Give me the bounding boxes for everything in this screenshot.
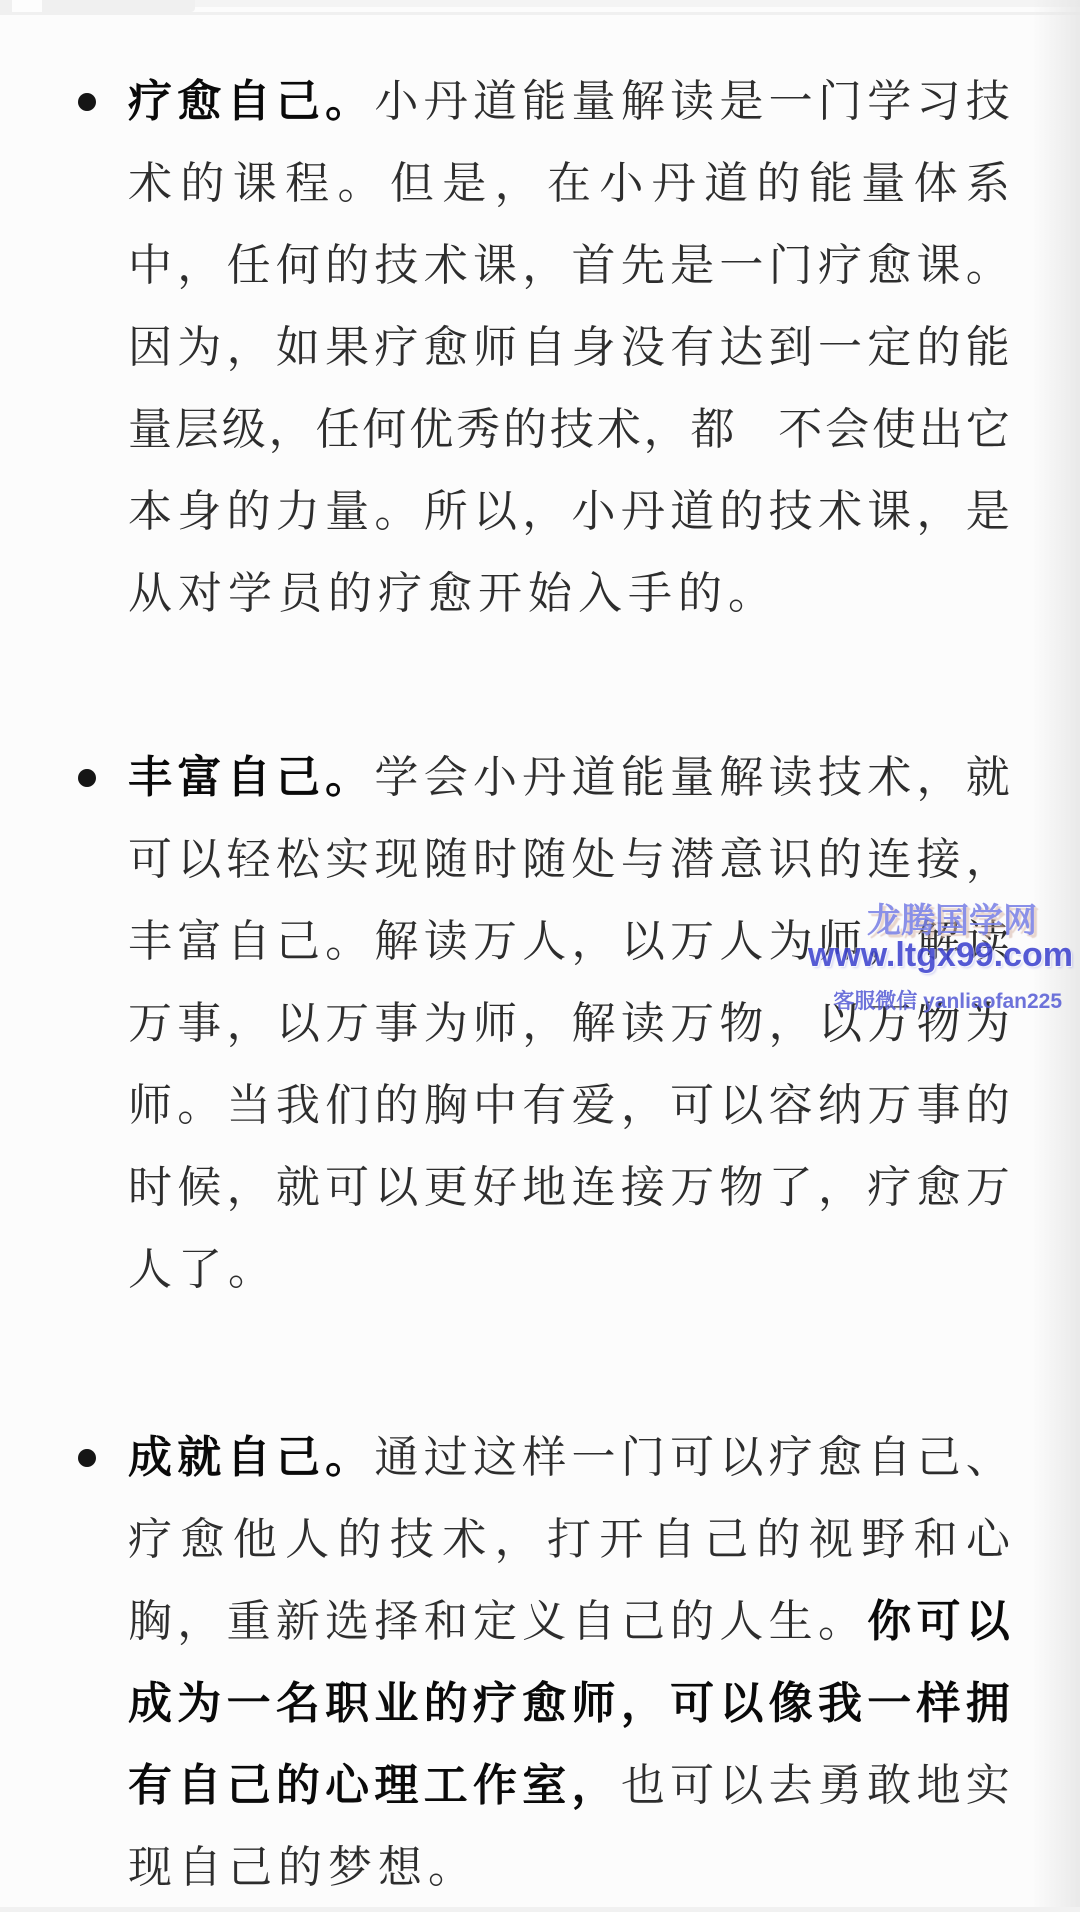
- char: ，: [917, 490, 961, 534]
- bullet-icon: [78, 769, 96, 787]
- char: 疗: [128, 1518, 172, 1562]
- text-line: 可以轻松实现随时随处与潜意识的连接，: [128, 819, 1010, 901]
- char: 丹: [652, 162, 696, 206]
- char: 在: [547, 162, 591, 206]
- bullet-paragraph: 疗愈自己。小丹道能量解读是一门学习技术的课程。但是，在小丹道的能量体系中，任何的…: [128, 61, 1010, 635]
- watermark-url: www.ltgx99.com: [808, 936, 1073, 975]
- char: 能: [522, 80, 566, 124]
- char: 我: [818, 1682, 862, 1726]
- char: ，: [495, 1518, 539, 1562]
- char: 自: [522, 326, 566, 370]
- char: 。: [728, 572, 772, 616]
- char: 己: [276, 756, 320, 800]
- char: 能: [809, 162, 853, 206]
- char: 万: [670, 1002, 714, 1046]
- char: 读: [424, 920, 468, 964]
- text-line: 本身的力量。所以，小丹道的技术课，是: [128, 471, 1010, 553]
- char: 是: [719, 80, 763, 124]
- char: 时: [473, 838, 517, 882]
- char: 小: [599, 162, 643, 206]
- char: 轻: [227, 838, 271, 882]
- text-line: 成为一名职业的疗愈师，可以像我一样拥: [128, 1663, 1010, 1745]
- char: 视: [809, 1518, 853, 1562]
- char: 成: [128, 1682, 172, 1726]
- char: 万: [966, 1166, 1010, 1210]
- char: 一: [769, 80, 813, 124]
- char: 当: [227, 1084, 271, 1128]
- char: 愈: [177, 80, 221, 124]
- char: 以: [719, 1764, 763, 1808]
- char: 程: [285, 162, 329, 206]
- char: 就: [276, 1166, 320, 1210]
- text-line: 时候，就可以更好地连接万物了，疗愈万: [128, 1147, 1010, 1229]
- text-line: 量层级，任何优秀的技术，都不会使出它: [128, 389, 1010, 471]
- char: 的: [503, 408, 547, 452]
- char: 可: [670, 1436, 714, 1480]
- char: ，: [522, 244, 566, 288]
- char: 以: [966, 1600, 1010, 1644]
- text-line: 丰富自己。学会小丹道能量解读技术，就: [128, 737, 1010, 819]
- char: 万: [670, 1166, 714, 1210]
- char: 量: [128, 408, 172, 452]
- char: 的: [818, 838, 862, 882]
- char: 接: [621, 1166, 665, 1210]
- char: ，: [966, 838, 1010, 882]
- char: 一: [867, 1682, 911, 1726]
- char: 以: [719, 1436, 763, 1480]
- char: 道: [670, 490, 714, 534]
- char: 己: [621, 1600, 665, 1644]
- char: 疗: [473, 1682, 517, 1726]
- char: 己: [228, 1846, 272, 1890]
- char: 地: [917, 1764, 961, 1808]
- char: 己: [276, 1436, 320, 1480]
- char: 术: [818, 490, 862, 534]
- char: 。: [818, 1600, 862, 1644]
- char: 一: [818, 326, 862, 370]
- text-line: 人了。: [128, 1229, 1010, 1311]
- char: 为: [177, 1682, 221, 1726]
- char: 定: [867, 326, 911, 370]
- char: 的: [966, 1084, 1010, 1128]
- char: 。: [966, 244, 1010, 288]
- char: 容: [769, 1084, 813, 1128]
- char: 以: [621, 920, 665, 964]
- char: 人: [128, 1248, 172, 1292]
- char: 这: [473, 1436, 517, 1480]
- char: 就: [966, 756, 1010, 800]
- char: 了: [769, 1166, 813, 1210]
- char: 愈: [917, 1166, 961, 1210]
- char: 以: [276, 1002, 320, 1046]
- char: 爱: [572, 1084, 616, 1128]
- char: 义: [522, 1600, 566, 1644]
- char: 胸: [128, 1600, 172, 1644]
- char: 丹: [424, 80, 468, 124]
- char: 新: [276, 1600, 320, 1644]
- char: ，: [269, 408, 313, 452]
- char: 自: [227, 80, 271, 124]
- char: 。: [428, 1846, 472, 1890]
- char: 愈: [818, 1436, 862, 1480]
- char: 随: [424, 838, 468, 882]
- text-line: 从对学员的疗愈开始入手的。: [128, 553, 1010, 635]
- char: 野: [861, 1518, 905, 1562]
- char: 解: [621, 80, 665, 124]
- char: 。: [325, 756, 369, 800]
- char: 但: [390, 162, 434, 206]
- char: 像: [769, 1682, 813, 1726]
- char: 为: [769, 920, 813, 964]
- text-line: 现自己的梦想。: [128, 1827, 1010, 1909]
- char: 师: [128, 1084, 172, 1128]
- char: ，: [644, 408, 688, 452]
- char: 。: [325, 1436, 369, 1480]
- char: 课: [917, 244, 961, 288]
- char: 万: [473, 920, 517, 964]
- char: 身: [572, 326, 616, 370]
- char: 技: [374, 244, 418, 288]
- char: 职: [325, 1682, 369, 1726]
- char: 样: [917, 1682, 961, 1726]
- char: ，: [572, 1764, 616, 1808]
- char: 系: [966, 162, 1010, 206]
- char: 勇: [818, 1764, 862, 1808]
- char: 果: [325, 326, 369, 370]
- char: 从: [128, 572, 172, 616]
- char: 人: [719, 1600, 763, 1644]
- char: 自: [227, 1436, 271, 1480]
- char: 可: [325, 1166, 369, 1210]
- char: 以: [719, 1084, 763, 1128]
- char: 更: [424, 1166, 468, 1210]
- top-smudge-notch: [12, 0, 42, 12]
- char: 术: [128, 162, 172, 206]
- char: 学: [228, 572, 272, 616]
- bullet-icon: [78, 93, 96, 111]
- char: 习: [917, 80, 961, 124]
- watermark-contact: 客服微信 yanliaofan225: [833, 985, 1062, 1015]
- char: 是: [966, 490, 1010, 534]
- char: 师: [473, 326, 517, 370]
- char: 心: [325, 1764, 369, 1808]
- char: 技: [966, 80, 1010, 124]
- bullet-icon: [78, 1449, 96, 1467]
- char: 量: [572, 80, 616, 124]
- char: 生: [769, 1600, 813, 1644]
- char: 疗: [818, 244, 862, 288]
- char: 疗: [769, 1436, 813, 1480]
- char: 自: [177, 1764, 221, 1808]
- char: 以: [374, 1166, 418, 1210]
- char: ，: [177, 244, 221, 288]
- char: 读: [670, 80, 714, 124]
- watermark-site-name: 龙腾国学网: [867, 893, 1037, 942]
- text-line: 胸，重新选择和定义自己的人生。你可以: [128, 1581, 1010, 1663]
- char: 层: [175, 408, 219, 452]
- char: 自: [227, 920, 271, 964]
- char: 愈: [867, 244, 911, 288]
- char: 样: [522, 1436, 566, 1480]
- char: 选: [325, 1600, 369, 1644]
- char: 有: [128, 1764, 172, 1808]
- char: ，: [917, 756, 961, 800]
- char: 中: [128, 244, 172, 288]
- char: 潜: [670, 838, 714, 882]
- char: 秀: [456, 408, 500, 452]
- article-page: 疗愈自己。小丹道能量解读是一门学习技术的课程。但是，在小丹道的能量体系中，任何的…: [0, 0, 1080, 1912]
- char: 门: [818, 80, 862, 124]
- char: 的: [678, 572, 722, 616]
- char: 。: [325, 920, 369, 964]
- char: 门: [621, 1436, 665, 1480]
- char: 量: [861, 162, 905, 206]
- char: 识: [769, 838, 813, 882]
- char: 的: [757, 162, 801, 206]
- char: 小: [473, 756, 517, 800]
- char: 万: [670, 920, 714, 964]
- char: 和: [424, 1600, 468, 1644]
- char: 课: [867, 490, 911, 534]
- char: 们: [325, 1084, 369, 1128]
- char: 技: [390, 1518, 434, 1562]
- char: 可: [670, 1084, 714, 1128]
- char: 都: [691, 408, 735, 452]
- char: 富: [177, 756, 221, 800]
- char: 万: [325, 1002, 369, 1046]
- char: 解: [572, 1002, 616, 1046]
- char: 它: [966, 408, 1010, 452]
- char: 松: [276, 838, 320, 882]
- char: ，: [227, 326, 271, 370]
- char: 所: [424, 490, 468, 534]
- char: 是: [670, 244, 714, 288]
- char: 小: [374, 80, 418, 124]
- char: 你: [867, 1600, 911, 1644]
- char: 的: [325, 244, 369, 288]
- char: 心: [966, 1518, 1010, 1562]
- char: 想: [378, 1846, 422, 1890]
- char: ，: [621, 1084, 665, 1128]
- char: ，: [621, 1682, 665, 1726]
- char: 小: [572, 490, 616, 534]
- char: 的: [276, 1764, 320, 1808]
- char: 己: [917, 1436, 961, 1480]
- char: 处: [572, 838, 616, 882]
- char: 本: [128, 490, 172, 534]
- char: 术: [442, 1518, 486, 1562]
- char: 拥: [966, 1682, 1010, 1726]
- char: 对: [178, 572, 222, 616]
- char: 过: [424, 1436, 468, 1480]
- char: 丰: [128, 920, 172, 964]
- char: 事: [917, 1084, 961, 1128]
- char: 首: [572, 244, 616, 288]
- char: 可: [670, 1682, 714, 1726]
- char: 身: [177, 490, 221, 534]
- char: 好: [473, 1166, 517, 1210]
- char: 开: [478, 572, 522, 616]
- char: 的: [757, 1518, 801, 1562]
- char: 为: [424, 1002, 468, 1046]
- char: 连: [867, 838, 911, 882]
- char: 达: [719, 326, 763, 370]
- char: 疗: [867, 1166, 911, 1210]
- char: 纳: [818, 1084, 862, 1128]
- char: 与: [621, 838, 665, 882]
- char: 作: [473, 1764, 517, 1808]
- char: 因: [128, 326, 172, 370]
- char: 何: [276, 244, 320, 288]
- char: 一: [719, 244, 763, 288]
- char: 愈: [424, 326, 468, 370]
- char: 解: [374, 920, 418, 964]
- char: 富: [177, 920, 221, 964]
- char: 丹: [522, 756, 566, 800]
- char: 定: [473, 1600, 517, 1644]
- char: 力: [276, 490, 320, 534]
- char: 任: [227, 244, 271, 288]
- char: 重: [227, 1600, 271, 1644]
- char: 丹: [621, 490, 665, 534]
- char: 疗: [374, 326, 418, 370]
- char: 、: [966, 1436, 1010, 1480]
- char: 会: [825, 408, 869, 452]
- char: 人: [285, 1518, 329, 1562]
- text-line: 因为，如果疗愈师自身没有达到一定的能: [128, 307, 1010, 389]
- char: 丰: [128, 756, 172, 800]
- char: 人: [719, 920, 763, 964]
- char: 的: [180, 162, 224, 206]
- char: 优: [409, 408, 453, 452]
- char: 师: [572, 1682, 616, 1726]
- char: 业: [374, 1682, 418, 1726]
- char: 愈: [428, 572, 472, 616]
- char: 的: [278, 1846, 322, 1890]
- char: 中: [473, 1084, 517, 1128]
- char: 万: [867, 1084, 911, 1128]
- char: 手: [628, 572, 672, 616]
- char: 有: [670, 326, 714, 370]
- char: 道: [704, 162, 748, 206]
- char: 愈: [180, 1518, 224, 1562]
- char: 敢: [867, 1764, 911, 1808]
- char: 疗: [128, 80, 172, 124]
- text-line: 中，任何的技术课，首先是一门疗愈课。: [128, 225, 1010, 307]
- char: ，: [177, 1600, 221, 1644]
- char: ，: [572, 920, 616, 964]
- char: 随: [522, 838, 566, 882]
- char: 己: [276, 80, 320, 124]
- char: 出: [919, 408, 963, 452]
- char: 以: [473, 490, 517, 534]
- char: 己: [704, 1518, 748, 1562]
- char: 实: [966, 1764, 1010, 1808]
- char: 技: [818, 756, 862, 800]
- char: 术: [424, 244, 468, 288]
- char: 的: [917, 326, 961, 370]
- char: ，: [769, 1002, 813, 1046]
- char: 时: [128, 1166, 172, 1210]
- char: 如: [276, 326, 320, 370]
- char: 现: [128, 1846, 172, 1890]
- char: 量: [670, 756, 714, 800]
- char: ，: [227, 1166, 271, 1210]
- char: 没: [621, 326, 665, 370]
- char: 先: [621, 244, 665, 288]
- char: 员: [278, 572, 322, 616]
- text-line: 成就自己。通过这样一门可以疗愈自己、: [128, 1417, 1010, 1499]
- char: 的: [424, 1682, 468, 1726]
- char: 不: [778, 408, 822, 452]
- char: 量: [325, 490, 369, 534]
- char: 的: [227, 490, 271, 534]
- char: 为: [177, 326, 221, 370]
- char: 我: [276, 1084, 320, 1128]
- char: 物: [719, 1166, 763, 1210]
- char: 梦: [328, 1846, 372, 1890]
- char: 自: [652, 1518, 696, 1562]
- char: 一: [572, 1436, 616, 1480]
- char: 使: [872, 408, 916, 452]
- text-line: 疗愈他人的技术，打开自己的视野和心: [128, 1499, 1010, 1581]
- char: 现: [374, 838, 418, 882]
- char: ，: [227, 1002, 271, 1046]
- char: 。: [325, 80, 369, 124]
- char: 入: [578, 572, 622, 616]
- text-line: 术的课程。但是，在小丹道的能量体系: [128, 143, 1010, 225]
- char: 开: [599, 1518, 643, 1562]
- char: 级: [222, 408, 266, 452]
- char: ，: [818, 1166, 862, 1210]
- char: 他: [233, 1518, 277, 1562]
- char: 可: [670, 1764, 714, 1808]
- char: 技: [550, 408, 594, 452]
- top-hairline: [0, 12, 1080, 15]
- char: 能: [966, 326, 1010, 370]
- char: 了: [178, 1248, 222, 1292]
- char: 是: [442, 162, 486, 206]
- text-line: 有自己的心理工作室，也可以去勇敢地实: [128, 1745, 1010, 1827]
- char: 和: [914, 1518, 958, 1562]
- char: 连: [572, 1166, 616, 1210]
- char: 万: [128, 1002, 172, 1046]
- char: 何: [362, 408, 406, 452]
- char: 物: [719, 1002, 763, 1046]
- char: 学: [374, 756, 418, 800]
- char: 。: [177, 1084, 221, 1128]
- char: 事: [177, 1002, 221, 1046]
- char: 自: [572, 1600, 616, 1644]
- char: 地: [522, 1166, 566, 1210]
- char: 自: [867, 1436, 911, 1480]
- bullet-paragraph: 成就自己。通过这样一门可以疗愈自己、疗愈他人的技术，打开自己的视野和心胸，重新选…: [128, 1417, 1010, 1909]
- char: 以: [719, 1682, 763, 1726]
- char: 理: [374, 1764, 418, 1808]
- char: 门: [769, 244, 813, 288]
- char: 解: [719, 756, 763, 800]
- char: 技: [769, 490, 813, 534]
- char: 一: [227, 1682, 271, 1726]
- char: 的: [374, 1084, 418, 1128]
- char: 课: [233, 162, 277, 206]
- char: 也: [621, 1764, 665, 1808]
- char: 道: [572, 756, 616, 800]
- char: 去: [769, 1764, 813, 1808]
- text-line: 师。当我们的胸中有爱，可以容纳万事的: [128, 1065, 1010, 1147]
- char: 学: [867, 80, 911, 124]
- char: 自: [178, 1846, 222, 1890]
